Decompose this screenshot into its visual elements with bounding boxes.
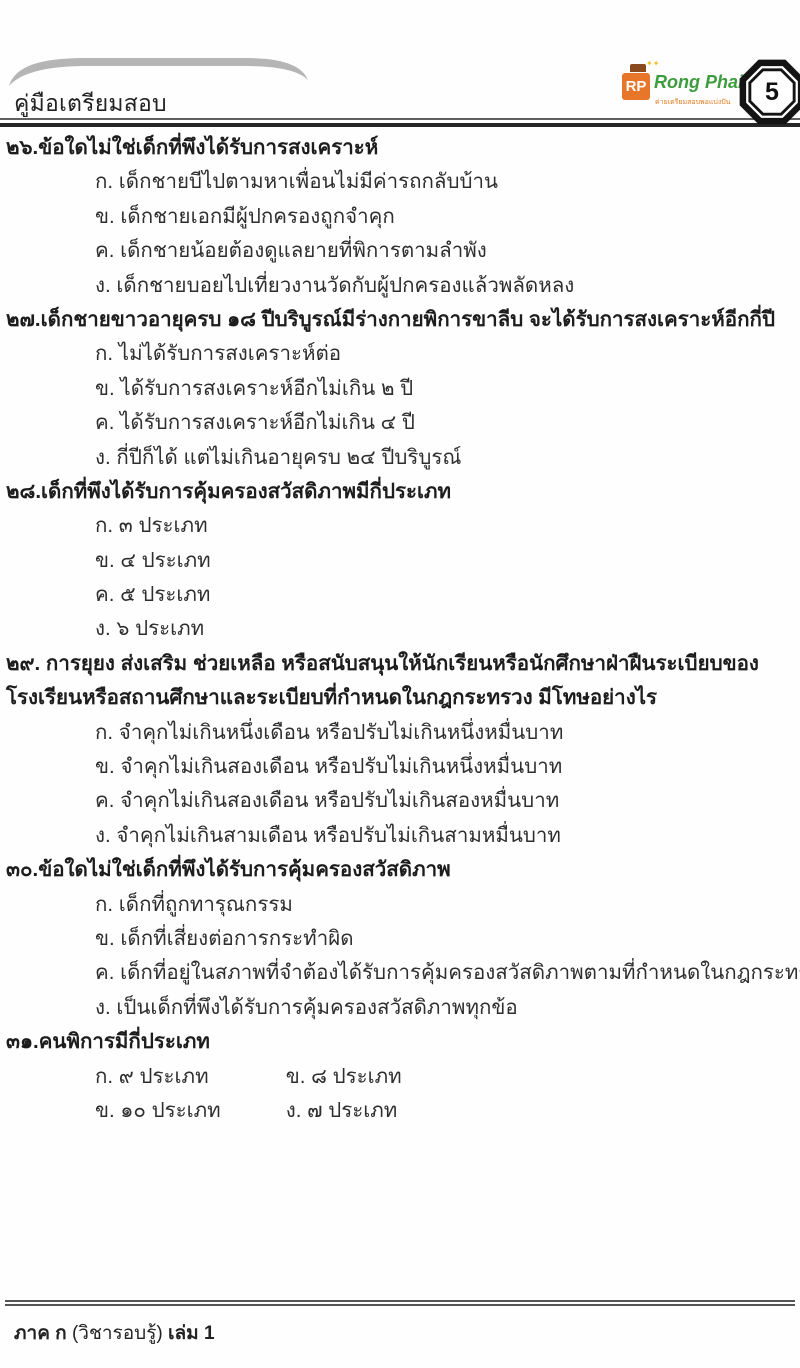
question-29-option-c: ค. จำคุกไม่เกินสองเดือน หรือปรับไม่เกินส…	[0, 784, 800, 818]
question-27-option-b: ข. ได้รับการสงเคราะห์อีกไม่เกิน ๒ ปี	[0, 372, 800, 406]
question-29-heading-line1: ๒๙. การยุยง ส่งเสริม ช่วยเหลือ หรือสนับส…	[0, 647, 800, 681]
question-30-option-d: ง. เป็นเด็กที่พึงได้รับการคุ้มครองสวัสดิ…	[0, 991, 800, 1025]
questions-block: ๒๖.ข้อใดไม่ใช่เด็กที่พึงได้รับการสงเคราะ…	[0, 131, 800, 1128]
logo-tagline: ค่ายเตรียมสอบพอแบ่งปัน	[655, 97, 730, 108]
document-header-title: คู่มือเตรียมสอบ	[14, 86, 167, 122]
question-29-heading-line2: โรงเรียนหรือสถานศึกษาและระเบียบที่กำหนดใ…	[0, 681, 800, 715]
question-26-heading: ๒๖.ข้อใดไม่ใช่เด็กที่พึงได้รับการสงเคราะ…	[0, 131, 800, 165]
footer-double-rule	[5, 1300, 795, 1306]
question-29-option-b: ข. จำคุกไม่เกินสองเดือน หรือปรับไม่เกินห…	[0, 750, 800, 784]
question-29-option-d: ง. จำคุกไม่เกินสามเดือน หรือปรับไม่เกินส…	[0, 819, 800, 853]
question-31-options-row1: ก. ๙ ประเภท ข. ๘ ประเภท	[0, 1060, 800, 1094]
question-28-option-a: ก. ๓ ประเภท	[0, 509, 800, 543]
question-28-option-d: ง. ๖ ประเภท	[0, 612, 800, 646]
question-26-option-a: ก. เด็กชายบีไปตามหาเพื่อนไม่มีค่ารถกลับบ…	[0, 165, 800, 199]
question-31-option-c: ข. ๑๐ ประเภท	[95, 1094, 280, 1128]
rong-phai-logo: ✦✦ RP Rong Phai ค่ายเตรียมสอบพอแบ่งปัน	[620, 60, 750, 116]
question-26-option-b: ข. เด็กชายเอกมีผู้ปกครองถูกจำคุก	[0, 200, 800, 234]
question-27-heading: ๒๗.เด็กชายขาวอายุครบ ๑๘ ปีบริบูรณ์มีร่าง…	[0, 303, 800, 337]
question-28-option-b: ข. ๔ ประเภท	[0, 544, 800, 578]
page-number: 5	[736, 56, 800, 128]
logo-sparkle-icon: ✦✦	[646, 60, 659, 68]
question-28-heading: ๒๘.เด็กที่พึงได้รับการคุ้มครองสวัสดิภาพม…	[0, 475, 800, 509]
question-31-option-b: ข. ๘ ประเภท	[286, 1065, 402, 1088]
question-31-option-a: ก. ๙ ประเภท	[95, 1060, 280, 1094]
footer-volume-label: เล่ม 1	[168, 1323, 215, 1344]
question-28-option-c: ค. ๕ ประเภท	[0, 578, 800, 612]
question-31-heading: ๓๑.คนพิการมีกี่ประเภท	[0, 1025, 800, 1059]
question-30-option-b: ข. เด็กที่เสี่ยงต่อการกระทำผิด	[0, 922, 800, 956]
question-26-option-c: ค. เด็กชายน้อยต้องดูแลยายที่พิการตามลำพั…	[0, 234, 800, 268]
question-27-option-d: ง. กี่ปีก็ได้ แต่ไม่เกินอายุครบ ๒๔ ปีบริ…	[0, 441, 800, 475]
header-double-rule	[0, 118, 800, 127]
question-30-option-a: ก. เด็กที่ถูกทารุณกรรม	[0, 888, 800, 922]
question-31-options-row2: ข. ๑๐ ประเภท ง. ๗ ประเภท	[0, 1094, 800, 1128]
question-31-option-d: ง. ๗ ประเภท	[286, 1099, 398, 1122]
footer-text: ภาค ก (วิชารอบรู้) เล่ม 1	[14, 1318, 215, 1348]
logo-brand-name: Rong Phai	[654, 72, 743, 93]
question-29-option-a: ก. จำคุกไม่เกินหนึ่งเดือน หรือปรับไม่เกิ…	[0, 716, 800, 750]
question-30-option-c: ค. เด็กที่อยู่ในสภาพที่จำต้องได้รับการคุ…	[0, 956, 800, 990]
logo-rp-monogram: RP	[622, 73, 650, 100]
question-26-option-d: ง. เด็กชายบอยไปเที่ยวงานวัดกับผู้ปกครองแ…	[0, 269, 800, 303]
header-swoosh-decoration	[6, 56, 310, 88]
logo-crown-icon	[630, 64, 646, 72]
question-30-heading: ๓๐.ข้อใดไม่ใช่เด็กที่พึงได้รับการคุ้มครอ…	[0, 853, 800, 887]
footer-subject-label: (วิชารอบรู้)	[72, 1323, 163, 1344]
question-27-option-a: ก. ไม่ได้รับการสงเคราะห์ต่อ	[0, 337, 800, 371]
footer-part-label: ภาค ก	[14, 1323, 67, 1344]
question-27-option-c: ค. ได้รับการสงเคราะห์อีกไม่เกิน ๔ ปี	[0, 406, 800, 440]
